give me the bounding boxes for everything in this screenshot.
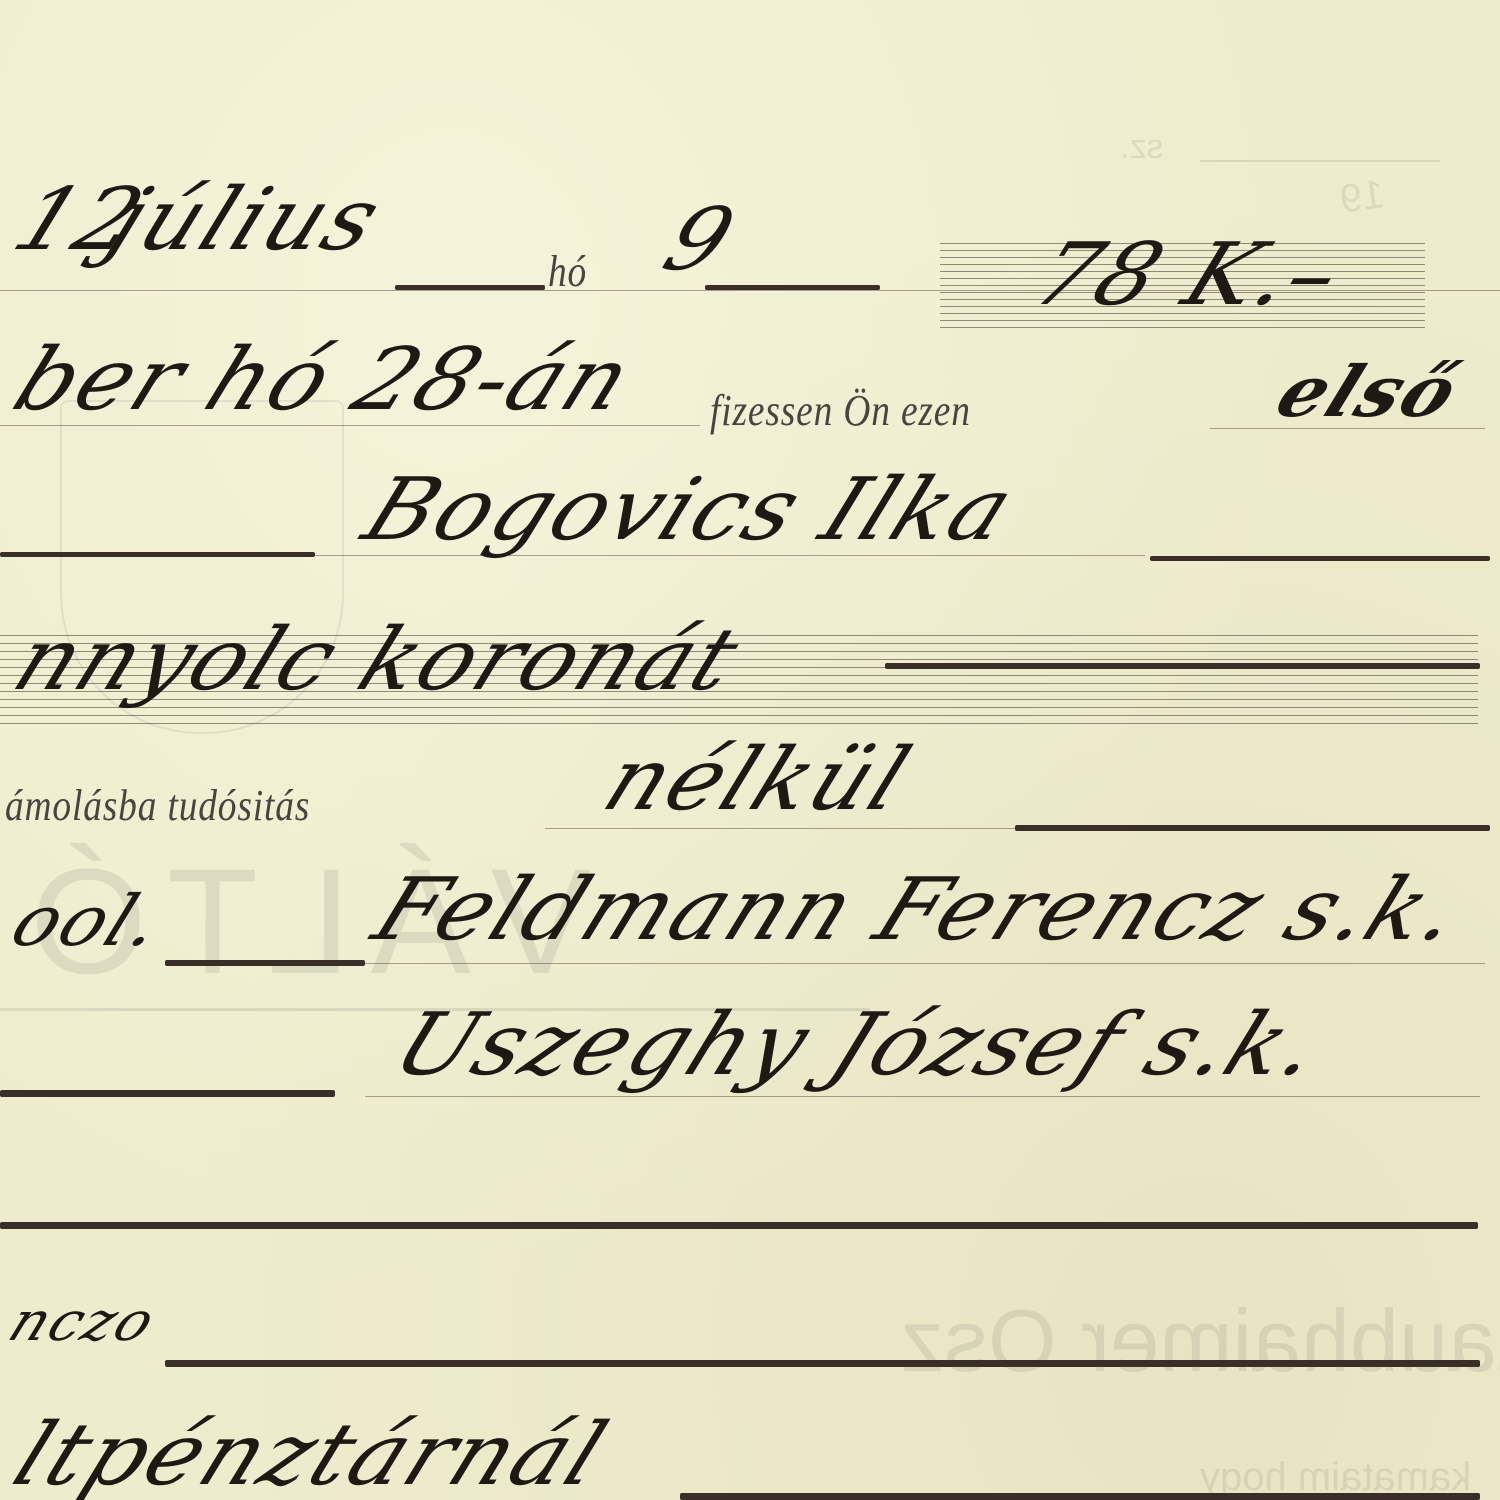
words-fill-line — [885, 663, 1480, 669]
bottom-fragment-1: nczo — [0, 1290, 166, 1353]
bottom-edge-line — [680, 1493, 1480, 1500]
stamp-name-ghost: ún Dr. Laubhaimer Osz — [900, 1290, 1500, 1392]
year-prefix-ghost: 19 — [1337, 172, 1387, 223]
month-fill-line — [395, 285, 545, 290]
ho-label: hó — [548, 246, 587, 297]
amount-in-words: nnyolc koronát — [0, 610, 755, 710]
signer-1: Feldmann Ferencz s.k. — [360, 860, 1478, 960]
payee-left-fill — [0, 552, 315, 557]
day-fill-line — [705, 285, 880, 290]
serial-line-ghost — [1200, 160, 1440, 162]
signer2-baseline — [365, 1096, 1480, 1097]
payee-right-fill — [1150, 556, 1490, 561]
serial-label-ghost: sz. — [1120, 128, 1163, 167]
order-word: első — [1265, 350, 1472, 433]
amount-figure: 78 K.– — [1020, 225, 1358, 325]
bottom-fill-line — [165, 1360, 1480, 1367]
signer2-left-fill — [0, 1090, 335, 1097]
due-date-fragment: ber hó 28-án — [0, 330, 647, 430]
signer1-baseline — [365, 963, 1485, 964]
signer-2: Uszeghy József s.k. — [380, 995, 1338, 1095]
notice-fill-line — [1015, 825, 1490, 831]
notice-word: nélkül — [590, 730, 925, 830]
section-separator — [0, 1222, 1478, 1229]
fizessen-label: fizessen Ön ezen — [710, 385, 971, 436]
payee-name: Bogovics Ilka — [350, 460, 1029, 560]
signer1-left-fill — [165, 960, 365, 966]
date-month: július — [95, 170, 396, 270]
bottom-fragment-2: ltpénztárnál — [0, 1405, 622, 1500]
szamolasba-label: ámolásba tudósitás — [5, 780, 310, 831]
date-day: 9 — [650, 190, 750, 290]
